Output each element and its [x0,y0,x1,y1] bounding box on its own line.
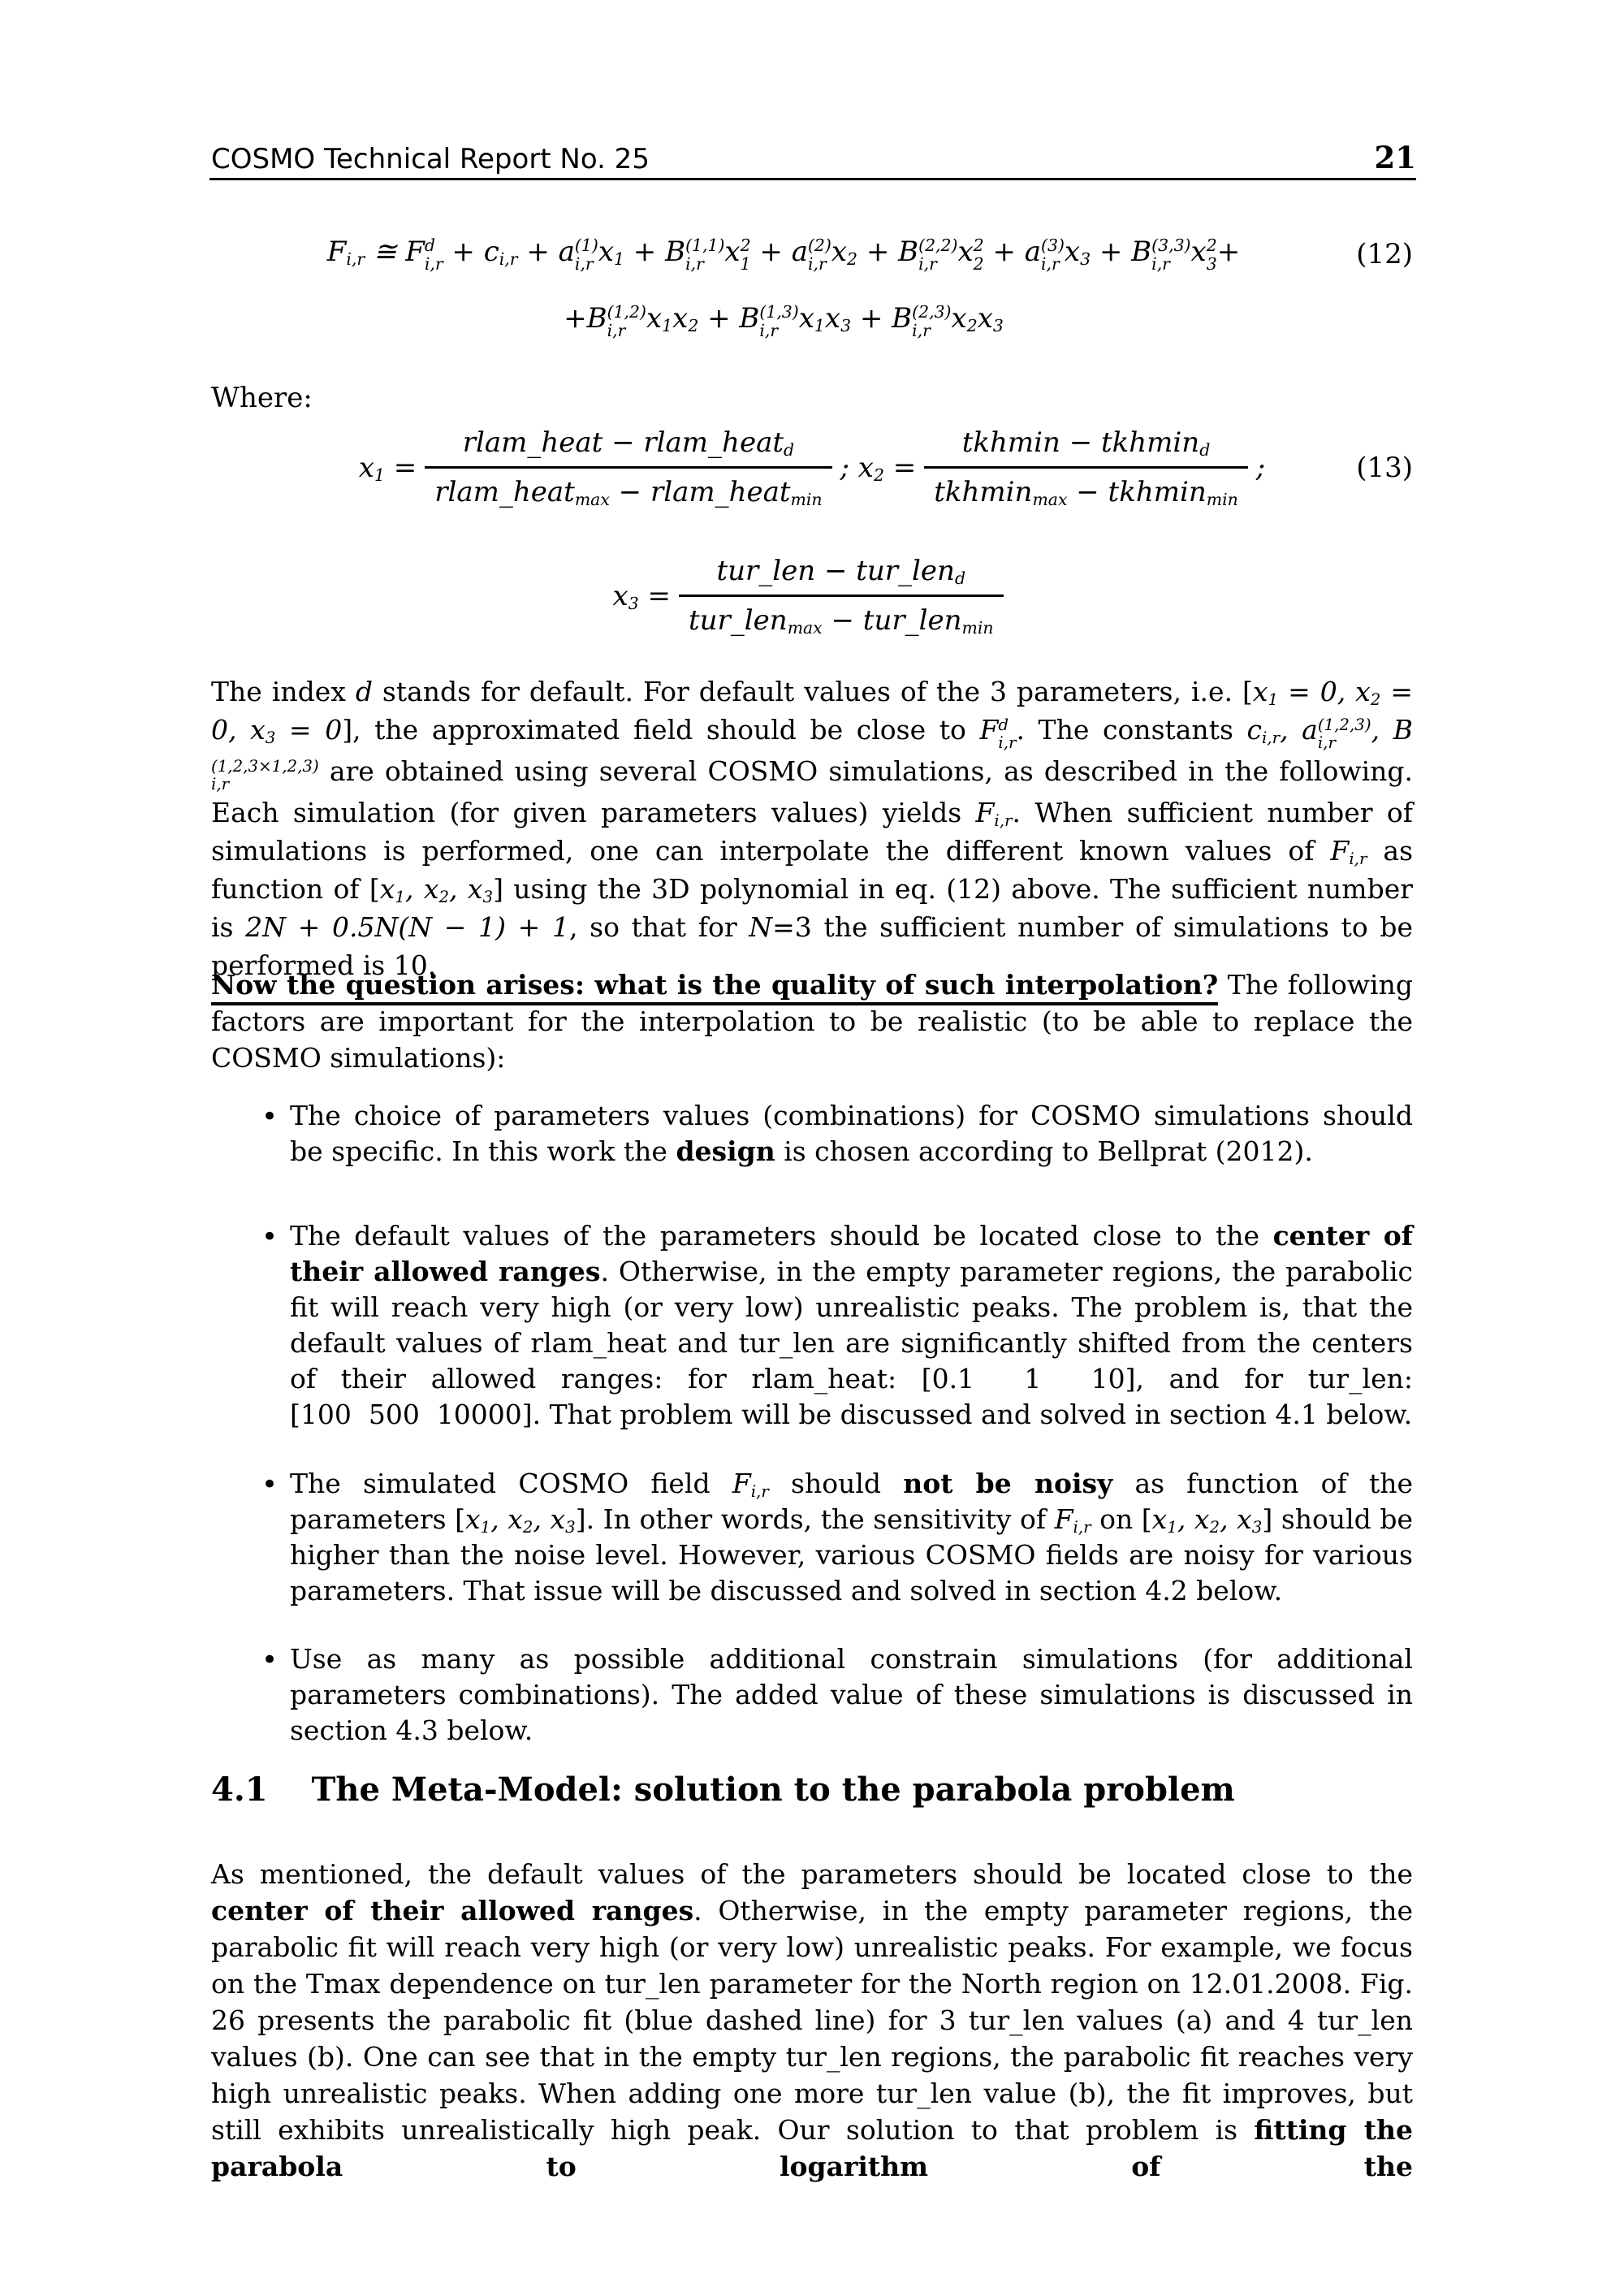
equation-12-number: (12) [1250,238,1413,270]
list-item-text: The choice of parameters values (combina… [290,1100,1413,1167]
list-item: • The choice of parameters values (combi… [211,1098,1413,1170]
equation-12-line-1: Fi,r ≅ Fdi,r + ci,r + a(1)i,rx1 + B(1,1)… [211,231,1356,274]
page-header: COSMO Technical Report No. 25 21 [211,140,1416,175]
bullet-icon: • [261,1219,278,1255]
equation-13-x1-lhs: x1 = [359,452,417,484]
list-item-text: The default values of the parameters sho… [290,1220,1413,1430]
equation-13-number: (13) [1250,452,1413,484]
paragraph-question: Now the question arises: what is the qua… [211,966,1413,1076]
list-item-text: Use as many as possible additional const… [290,1643,1413,1746]
equation-13-x2-lhs: ; x2 = [840,452,917,484]
bullet-icon: • [261,1099,278,1135]
equation-12-line-2: +B(1,2)i,rx1x2 + B(1,3)i,rx1x3 + B(2,3)i… [211,298,1356,340]
fraction-x2-numerator: tkhmin − tkhmind [924,426,1247,466]
paragraph-interpolation: The index d stands for default. For defa… [211,672,1413,984]
section-heading: 4.1 The Meta-Model: solution to the para… [211,1771,1235,1809]
equation-13: x1 = rlam_heat − rlam_heatd rlam_heatmax… [211,426,1413,509]
fraction-x1-denominator: rlam_heatmax − rlam_heatmin [425,466,831,509]
fraction-x3: tur_len − tur_lend tur_lenmax − tur_lenm… [679,554,1004,638]
page-number: 21 [1375,140,1417,175]
section-title: The Meta-Model: solution to the parabola… [312,1771,1235,1809]
list-item: • The simulated COSMO field Fi,r should … [211,1466,1413,1609]
fraction-x3-numerator: tur_len − tur_lend [679,554,1004,595]
equation-12: Fi,r ≅ Fdi,r + ci,r + a(1)i,rx1 + B(1,1)… [211,231,1413,340]
where-label: Where: [211,382,313,414]
fraction-x2: tkhmin − tkhmind tkhminmax − tkhminmin [924,426,1247,509]
bullet-icon: • [261,1467,278,1503]
fraction-x3-denominator: tur_lenmax − tur_lenmin [679,595,1004,638]
header-rule [209,178,1416,180]
fraction-x1: rlam_heat − rlam_heatd rlam_heatmax − rl… [425,426,831,509]
question-bold-underlined: Now the question arises: what is the qua… [211,969,1218,1005]
equation-x3: x3 = tur_len − tur_lend tur_lenmax − tur… [211,554,1413,638]
paragraph-meta-model: As mentioned, the default values of the … [211,1856,1413,2185]
report-page: COSMO Technical Report No. 25 21 Fi,r ≅ … [0,0,1624,2296]
section-number: 4.1 [211,1771,268,1809]
list-item-text: The simulated COSMO field Fi,r should no… [290,1468,1413,1606]
bullet-icon: • [261,1642,278,1678]
factor-list: • The choice of parameters values (combi… [211,1098,1413,1749]
equation-x3-lhs: x3 = [613,580,671,612]
fraction-x1-numerator: rlam_heat − rlam_heatd [425,426,831,466]
report-title: COSMO Technical Report No. 25 [211,143,650,175]
list-item: • The default values of the parameters s… [211,1218,1413,1433]
fraction-x2-denominator: tkhminmax − tkhminmin [924,466,1247,509]
list-item: • Use as many as possible additional con… [211,1641,1413,1749]
